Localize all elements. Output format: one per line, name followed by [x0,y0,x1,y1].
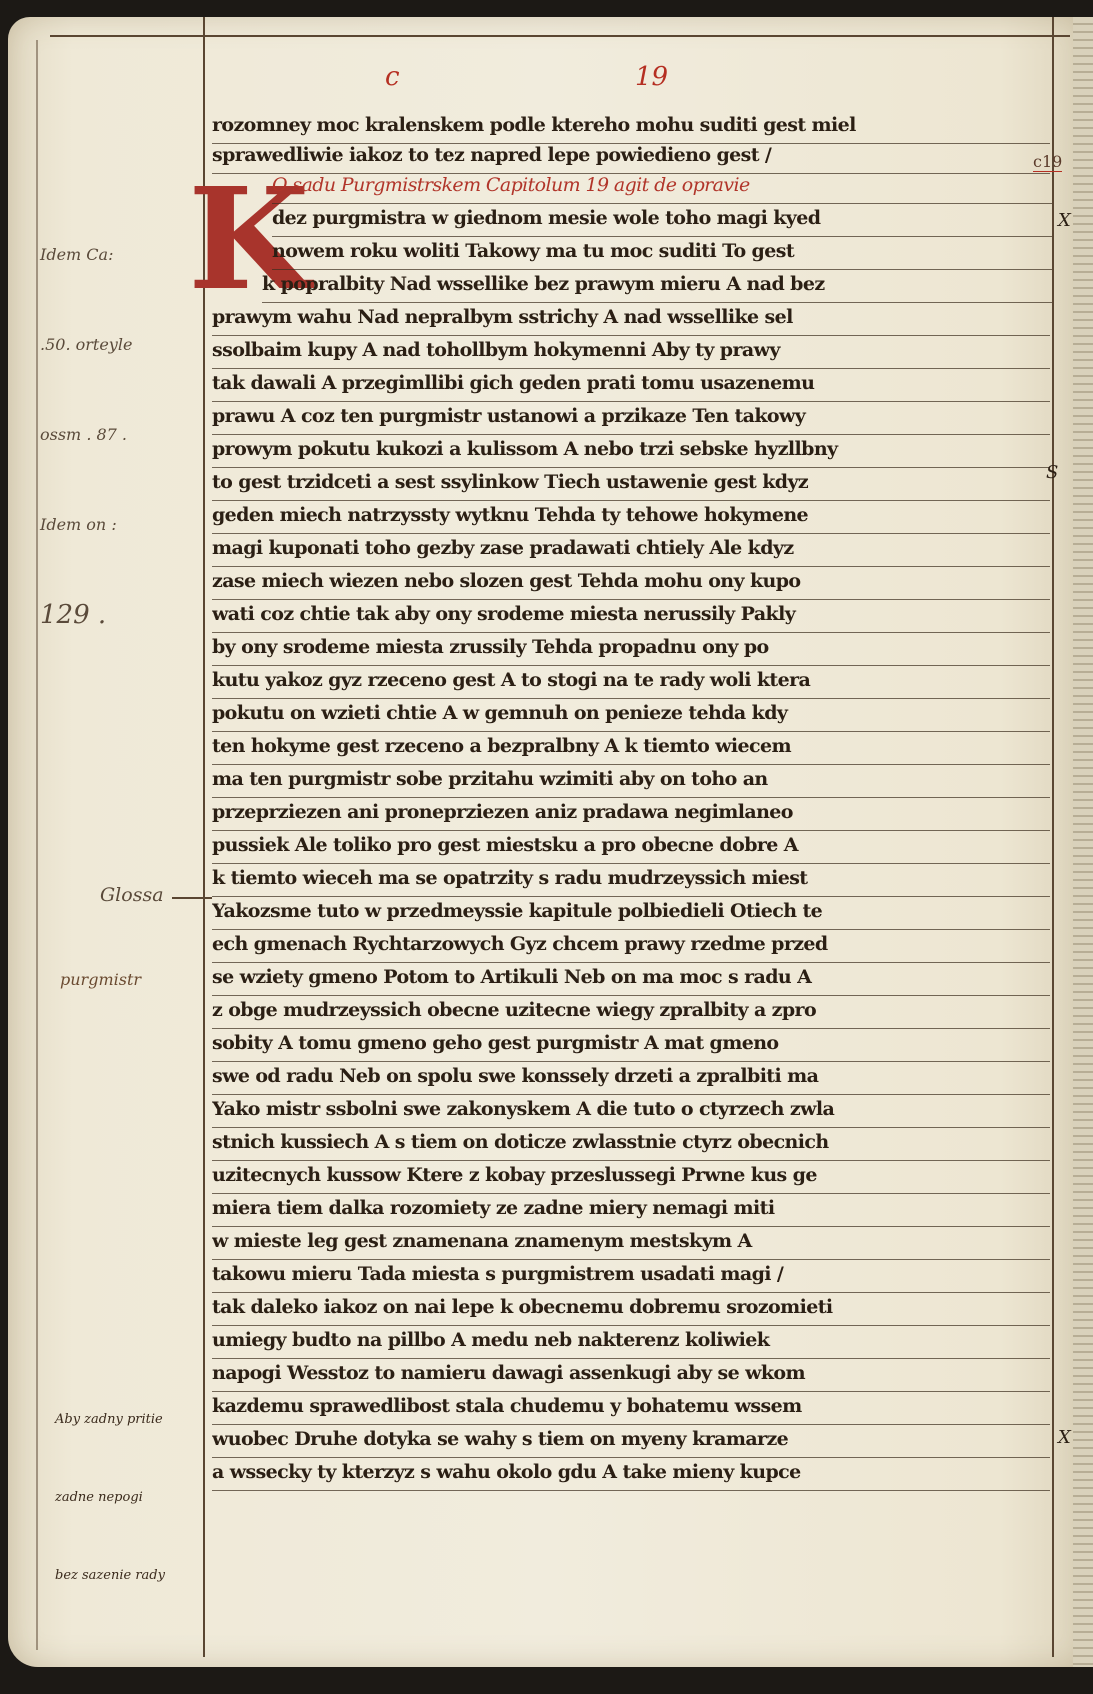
text-line: przeprziezen ani proneprziezen aniz prad… [212,797,1050,831]
margin-note-purgmistr: purgmistr [60,965,141,995]
text-line: k popralbity Nad wssellike bez prawym mi… [262,269,1052,303]
top-ruling [50,35,1070,37]
margin-mark-s: S [1046,462,1058,483]
right-text-ruling [1052,17,1054,1657]
text-line: by ony srodeme miesta zrussily Tehda pro… [212,632,1050,666]
margin-mark-x: X [1058,210,1071,231]
chapter-rubric: O sadu Purgmistrskem Capitolum 19 agit d… [272,170,1052,204]
text-line: dez purgmistra w giednom mesie wole toho… [272,203,1052,237]
text-line: ma ten purgmistr sobe przitahu wzimiti a… [212,764,1050,798]
margin-note-line: Aby zadny pritie [55,1407,165,1433]
text-line: swe od radu Neb on spolu swe konssely dr… [212,1061,1050,1095]
page-edges [1073,17,1093,1667]
text-line: a wssecky ty kterzyz s wahu okolo gdu A … [212,1457,1050,1491]
margin-note-line: 129 . [40,600,132,630]
text-line: Yako mistr ssbolni swe zakonyskem A die … [212,1094,1050,1128]
text-line: ten hokyme gest rzeceno a bezpralbny A k… [212,731,1050,765]
text-line: kazdemu sprawedlibost stala chudemu y bo… [212,1391,1050,1425]
text-line: rozomney moc kralenskem podle ktereho mo… [212,110,1050,144]
text-line: se wziety gmeno Potom to Artikuli Neb on… [212,962,1050,996]
text-line: z obge mudrzeyssich obecne uzitecne wieg… [212,995,1050,1029]
margin-note-line: bez sazenie rady [55,1563,165,1589]
margin-note-reference: Idem Ca: .50. orteyle ossm . 87 . Idem o… [40,180,132,660]
margin-note-line: zadne nepogi [55,1485,165,1511]
header-page-number: 19 [635,62,668,92]
header-mark-left: c [385,62,400,92]
text-line: wati coz chtie tak aby ony srodeme miest… [212,599,1050,633]
text-line: prawu A coz ten purgmistr ustanowi a prz… [212,401,1050,435]
text-line: miera tiem dalka rozomiety ze zadne mier… [212,1193,1050,1227]
text-line: prowym pokutu kukozi a kulissom A nebo t… [212,434,1050,468]
text-line: takowu mieru Tada miesta s purgmistrem u… [212,1259,1050,1293]
glossa-pointer-line [172,897,212,899]
margin-note-bottom: Aby zadny pritie zadne nepogi bez sazeni… [55,1355,165,1615]
text-line: tak daleko iakoz on nai lepe k obecnemu … [212,1292,1050,1326]
margin-note-line: Idem on : [40,510,132,540]
margin-mark-x: X [1058,1427,1071,1448]
text-line: magi kuponati toho gezby zase pradawati … [212,533,1050,567]
text-line: wuobec Druhe dotyka se wahy s tiem on my… [212,1424,1050,1458]
text-line: geden miech natrzyssty wytknu Tehda ty t… [212,500,1050,534]
margin-note-glossa: Glossa [100,880,164,910]
text-line: zase miech wiezen nebo slozen gest Tehda… [212,566,1050,600]
text-line: sobity A tomu gmeno geho gest purgmistr … [212,1028,1050,1062]
outer-margin-ruling [36,40,38,1650]
text-line: w mieste leg gest znamenana znamenym mes… [212,1226,1050,1260]
text-line: nowem roku woliti Takowy ma tu moc sudit… [272,236,1052,270]
text-line: tak dawali A przegimllibi gich geden pra… [212,368,1050,402]
text-line: Yakozsme tuto w przedmeyssie kapitule po… [212,896,1050,930]
text-line: sprawedliwie iakoz to tez napred lepe po… [212,140,1050,174]
margin-note-line: ossm . 87 . [40,420,132,450]
text-line: umiegy budto na pillbo A medu neb nakter… [212,1325,1050,1359]
text-line: napogi Wesstoz to namieru dawagi assenku… [212,1358,1050,1392]
text-line: pokutu on wzieti chtie A w gemnuh on pen… [212,698,1050,732]
text-line: k tiemto wieceh ma se opatrzity s radu m… [212,863,1050,897]
text-line: uzitecnych kussow Ktere z kobay przeslus… [212,1160,1050,1194]
text-line: to gest trzidceti a sest ssylinkow Tiech… [212,467,1050,501]
text-line: ssolbaim kupy A nad tohollbym hokymenni … [212,335,1050,369]
text-line: prawym wahu Nad nepralbym sstrichy A nad… [212,302,1050,336]
margin-note-line: Idem Ca: [40,240,132,270]
text-line: ech gmenach Rychtarzowych Gyz chcem praw… [212,929,1050,963]
text-line: kutu yakoz gyz rzeceno gest A to stogi n… [212,665,1050,699]
margin-note-line: .50. orteyle [40,330,132,360]
text-line: stnich kussiech A s tiem on doticze zwla… [212,1127,1050,1161]
text-line: pussiek Ale toliko pro gest miestsku a p… [212,830,1050,864]
